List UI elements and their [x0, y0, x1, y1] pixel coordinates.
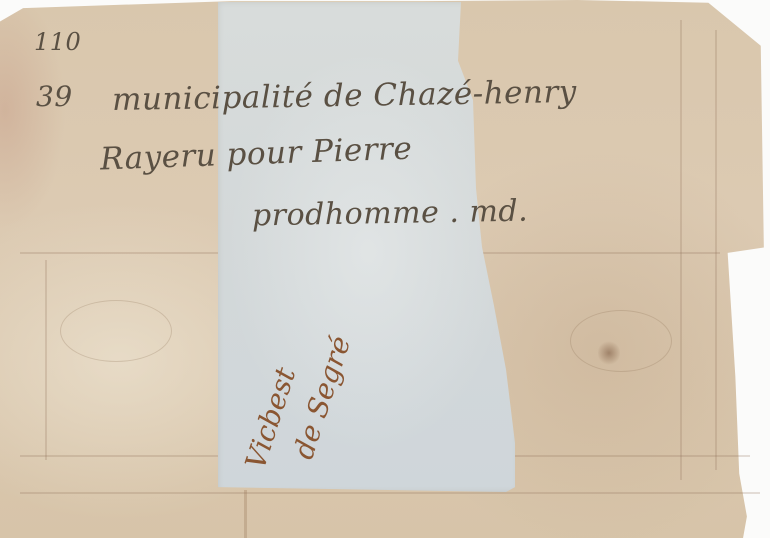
faint-printed-seal: [570, 310, 672, 372]
printed-frame-line: [45, 260, 47, 460]
printed-frame-line: [715, 30, 717, 470]
fold-crease: [244, 490, 247, 538]
faint-printed-seal: [60, 300, 172, 362]
handwritten-line-prodhomme: prodhomme . md.: [252, 194, 529, 234]
printed-frame-line: [20, 492, 760, 494]
handwritten-number-110: 110: [34, 28, 81, 56]
handwritten-number-39: 39: [36, 80, 73, 113]
printed-frame-line: [680, 20, 682, 480]
photo-stage: 110 39 municipalité de Chazé-henry Rayer…: [0, 0, 770, 538]
ink-stain: [598, 340, 620, 366]
